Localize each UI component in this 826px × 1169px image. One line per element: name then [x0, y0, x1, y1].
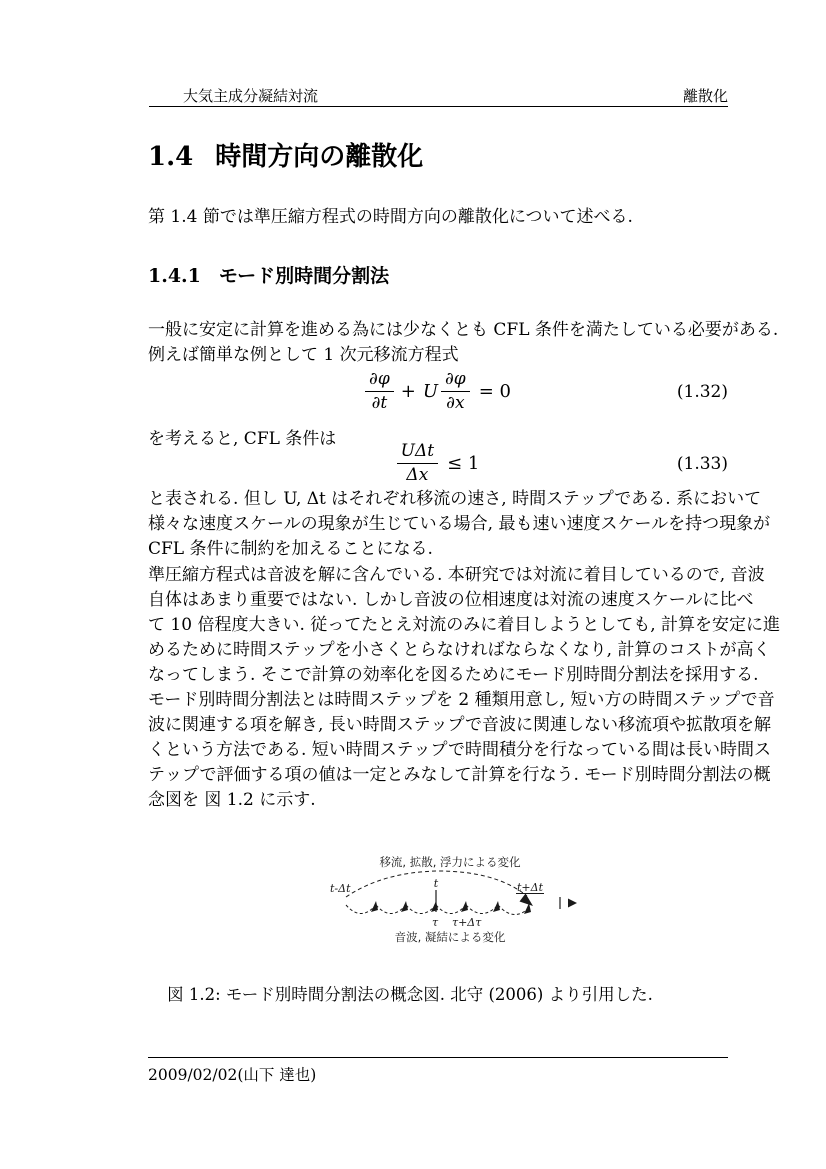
intro-paragraph: 第 1.4 節では準圧縮方程式の時間方向の離散化について述べる.: [148, 205, 732, 230]
fraction-numerator: UΔt: [397, 441, 438, 464]
fraction-denominator: ∂t: [365, 392, 394, 414]
equation-rhs: ≤ 1: [447, 453, 479, 474]
text-line: なってしまう. そこで計算の効率化を図るためにモード別時間分割法を採用する.: [148, 663, 732, 688]
figure-1-2-diagram: 移流, 拡散, 浮力による変化 t-Δt t t+Δt τ τ+Δτ 音波, 凝…: [328, 845, 590, 955]
label-t: t: [434, 877, 439, 890]
document-page: 大気主成分凝結対流 離散化 1.4時間方向の離散化 第 1.4 節では準圧縮方程…: [0, 0, 826, 1169]
fraction: UΔt Δx: [397, 441, 438, 487]
header-rule: [149, 106, 728, 107]
paragraph-mode-splitting: 準圧縮方程式は音波を解に含んでいる. 本研究では対流に着目しているので, 音波 …: [148, 563, 732, 813]
coefficient-U: U: [423, 381, 438, 402]
figure-bottom-label: 音波, 凝結による変化: [395, 930, 506, 944]
equation-number: (1.33): [677, 454, 728, 474]
subsection-heading: 1.4.1モード別時間分割法: [148, 261, 389, 288]
label-tau: τ: [432, 916, 439, 929]
paragraph-cfl-limit: と表される. 但し U, Δt はそれぞれ移流の速さ, 時間ステップである. 系…: [148, 487, 732, 562]
text-line: 第 1.4 節では準圧縮方程式の時間方向の離散化について述べる.: [148, 205, 732, 230]
section-heading: 1.4時間方向の離散化: [148, 136, 423, 173]
text-line: 例えば簡単な例として 1 次元移流方程式: [148, 343, 732, 368]
short-step-arrowhead-icon: [431, 901, 438, 912]
equation-number: (1.32): [677, 382, 728, 402]
equation-1-33: UΔt Δx ≤ 1 (1.33): [148, 442, 728, 485]
text-line: と表される. 但し U, Δt はそれぞれ移流の速さ, 時間ステップである. 系…: [148, 487, 732, 512]
text-line: テップで評価する項の値は一定とみなして計算を行なう. モード別時間分割法の概: [148, 763, 732, 788]
footer-rule: [148, 1057, 728, 1058]
axis-arrow-icon: [568, 899, 577, 908]
header-title-right: 離散化: [683, 85, 728, 106]
fraction-numerator: ∂φ: [365, 369, 394, 392]
equation-body: ∂φ ∂t + U ∂φ ∂x = 0: [365, 369, 511, 415]
text-line: めるために時間ステップを小さくとらなければならなくなり, 計算のコストが高く: [148, 638, 732, 663]
text-line: 念図を 図 1.2 に示す.: [148, 788, 732, 813]
footer-date-author: 2009/02/02(山下 達也): [148, 1063, 316, 1085]
text-line: くという方法である. 短い時間ステップで時間積分を行なっている間は長い時間ス: [148, 738, 732, 763]
text-line: て 10 倍程度大きい. 従ってたとえ対流のみに着目しようとしても, 計算を安定…: [148, 613, 732, 638]
text-line: CFL 条件に制約を加えることになる.: [148, 537, 732, 562]
short-step-arrowhead-icon: [371, 901, 378, 912]
equation-1-32: ∂φ ∂t + U ∂φ ∂x = 0 (1.32): [148, 369, 728, 414]
equation-body: UΔt Δx ≤ 1: [397, 441, 480, 487]
fraction-numerator: ∂φ: [441, 369, 470, 392]
short-step-arrowhead-icon: [493, 901, 500, 912]
long-step-arrowhead-icon: [520, 894, 534, 907]
short-step-arrowhead-icon: [461, 901, 468, 912]
label-t-minus-dt: t-Δt: [330, 882, 351, 895]
text-line: 様々な速度スケールの現象が生じている場合, 最も速い速度スケールを持つ現象が: [148, 512, 732, 537]
subsection-title-text: モード別時間分割法: [219, 265, 389, 287]
plus-operator: +: [401, 381, 416, 402]
text-line: 準圧縮方程式は音波を解に含んでいる. 本研究では対流に着目しているので, 音波: [148, 563, 732, 588]
fraction-denominator: Δx: [397, 464, 438, 486]
figure-caption: 図 1.2: モード別時間分割法の概念図. 北守 (2006) より引用した.: [120, 981, 700, 1005]
fraction-denominator: ∂x: [441, 392, 470, 414]
subsection-number: 1.4.1: [148, 265, 201, 287]
text-line: 波に関連する項を解き, 長い時間ステップで音波に関連しない移流項や拡散項を解: [148, 713, 732, 738]
label-tau-plus-dtau: τ+Δτ: [452, 916, 482, 929]
fraction: ∂φ ∂x: [441, 369, 470, 415]
text-line: 自体はあまり重要ではない. しかし音波の位相速度は対流の速度スケールに比べ: [148, 588, 732, 613]
equation-rhs: = 0: [479, 381, 511, 402]
paragraph-cfl: 一般に安定に計算を進める為には少なくとも CFL 条件を満たしている必要がある.…: [148, 318, 732, 368]
figure-top-label: 移流, 拡散, 浮力による変化: [379, 855, 521, 869]
text-line: 一般に安定に計算を進める為には少なくとも CFL 条件を満たしている必要がある.: [148, 318, 732, 343]
section-number: 1.4: [148, 142, 193, 172]
short-step-arrowhead-icon: [401, 901, 408, 912]
text-line: モード別時間分割法とは時間ステップを 2 種類用意し, 短い方の時間ステップで音: [148, 688, 732, 713]
section-title-text: 時間方向の離散化: [215, 142, 423, 172]
header-title-left: 大気主成分凝結対流: [183, 85, 318, 106]
fraction: ∂φ ∂t: [365, 369, 394, 415]
